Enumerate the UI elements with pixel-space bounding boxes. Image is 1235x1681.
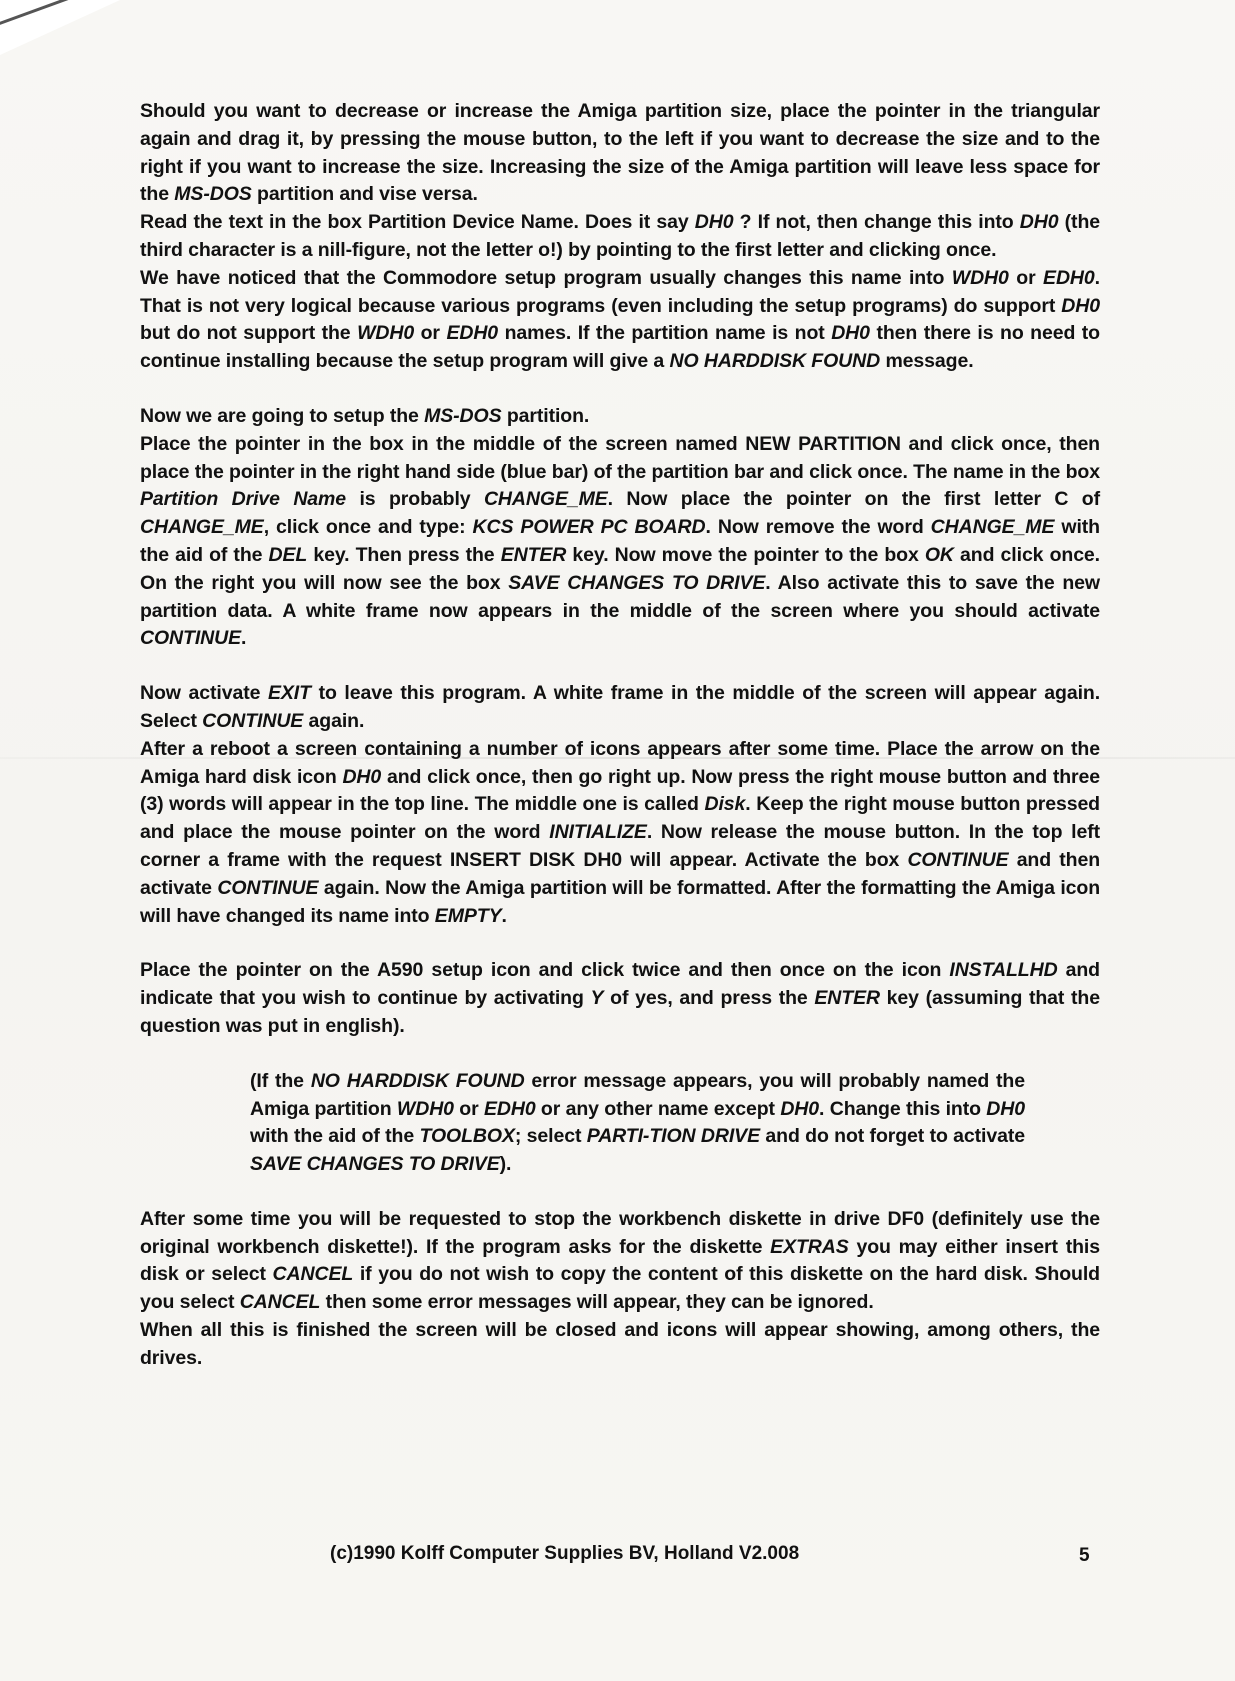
emphasized-term: CHANGE_ME — [484, 488, 608, 510]
emphasized-term: MS-DOS — [424, 405, 501, 427]
emphasized-term: DH0 — [831, 322, 870, 344]
emphasized-term: EDH0 — [1043, 267, 1095, 289]
emphasized-term: DH0 — [695, 211, 734, 233]
emphasized-term: DH0 — [342, 766, 381, 788]
copyright-footer: (c)1990 Kolff Computer Supplies BV, Holl… — [330, 1543, 799, 1565]
paragraph-spacer — [140, 930, 1100, 957]
emphasized-term: WDH0 — [952, 267, 1009, 289]
paragraph-spacer — [140, 653, 1100, 680]
paragraph-p8: Place the pointer on the A590 setup icon… — [140, 957, 1100, 1040]
emphasized-term: CHANGE_ME — [140, 516, 264, 538]
emphasized-term: CONTINUE — [217, 877, 318, 899]
emphasized-term: EXIT — [268, 682, 311, 704]
emphasized-term: WDH0 — [357, 322, 414, 344]
paragraph-p9: (If the NO HARDDISK FOUND error message … — [250, 1068, 1025, 1179]
paragraph-p11: When all this is finished the screen wil… — [140, 1317, 1100, 1373]
emphasized-term: EXTRAS — [770, 1236, 849, 1258]
paragraph-p3: We have noticed that the Commodore setup… — [140, 265, 1100, 376]
emphasized-term: DH0 — [1020, 211, 1059, 233]
emphasized-term: ENTER — [814, 987, 880, 1009]
emphasized-term: PARTI-TION DRIVE — [587, 1125, 760, 1147]
paragraph-p7: After a reboot a screen containing a num… — [140, 736, 1100, 931]
page-number: 5 — [1079, 1545, 1090, 1567]
emphasized-term: TOOLBOX — [420, 1125, 515, 1147]
emphasized-term: CONTINUE — [202, 710, 303, 732]
emphasized-term: DEL — [269, 544, 308, 566]
scanned-page: Should you want to decrease or increase … — [0, 0, 1235, 1681]
emphasized-term: Disk — [705, 793, 746, 815]
paragraph-p5: Place the pointer in the box in the midd… — [140, 431, 1100, 653]
emphasized-term: NO HARDDISK FOUND — [669, 350, 880, 372]
emphasized-term: CANCEL — [273, 1263, 354, 1285]
paragraph-spacer — [140, 1041, 1100, 1068]
emphasized-term: INITIALIZE — [549, 821, 647, 843]
document-body: Should you want to decrease or increase … — [140, 98, 1100, 1373]
emphasized-term: SAVE CHANGES TO DRIVE — [250, 1153, 500, 1175]
emphasized-term: EDH0 — [446, 322, 498, 344]
paragraph-p1: Should you want to decrease or increase … — [140, 98, 1100, 209]
emphasized-term: DH0 — [1061, 295, 1100, 317]
emphasized-term: CHANGE_ME — [931, 516, 1055, 538]
emphasized-term: SAVE CHANGES TO DRIVE — [508, 572, 765, 594]
emphasized-term: ENTER — [501, 544, 567, 566]
emphasized-term: EMPTY — [435, 905, 502, 927]
emphasized-term: CONTINUE — [140, 627, 241, 649]
emphasized-term: Partition Drive Name — [140, 488, 346, 510]
paragraph-p6: Now activate EXIT to leave this program.… — [140, 680, 1100, 736]
paragraph-spacer — [140, 376, 1100, 403]
emphasized-term: EDH0 — [484, 1098, 536, 1120]
emphasized-term: MS-DOS — [174, 183, 251, 205]
folded-corner — [0, 0, 120, 55]
paragraph-spacer — [140, 1179, 1100, 1206]
emphasized-term: DH0 — [986, 1098, 1025, 1120]
emphasized-term: KCS POWER PC BOARD — [473, 516, 706, 538]
paragraph-p4: Now we are going to setup the MS-DOS par… — [140, 403, 1100, 431]
paragraph-p2: Read the text in the box Partition Devic… — [140, 209, 1100, 265]
emphasized-term: NO HARDDISK FOUND — [311, 1070, 525, 1092]
emphasized-term: INSTALLHD — [949, 959, 1057, 981]
emphasized-term: OK — [925, 544, 954, 566]
emphasized-term: CONTINUE — [907, 849, 1008, 871]
emphasized-term: DH0 — [780, 1098, 819, 1120]
emphasized-term: CANCEL — [240, 1291, 321, 1313]
paragraph-p10: After some time you will be requested to… — [140, 1206, 1100, 1317]
emphasized-term: WDH0 — [397, 1098, 454, 1120]
emphasized-term: Y — [591, 987, 604, 1009]
